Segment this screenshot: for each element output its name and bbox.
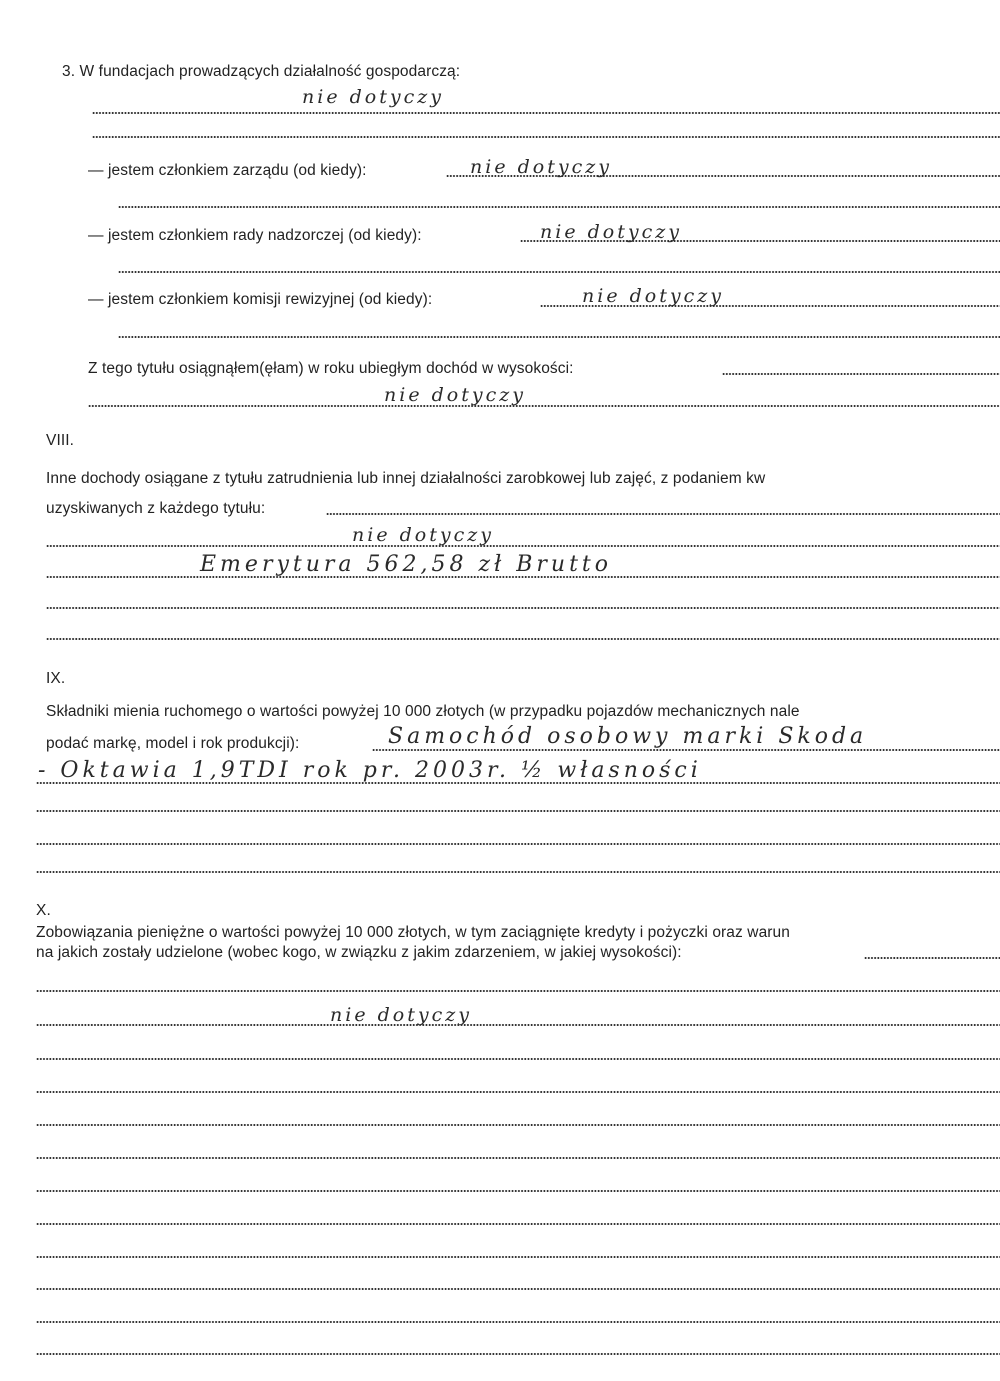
handwritten-answer: Samochód osobowy marki Skoda [388,724,867,749]
handwritten-answer: nie dotyczy [384,384,526,406]
answer-line [118,206,1000,208]
answer-line [36,1124,1000,1126]
answer-line [36,1190,1000,1192]
answer-line [326,513,1000,515]
answer-line [46,607,1000,609]
answer-line [36,1353,1000,1355]
answer-line [36,1321,1000,1323]
section10-number: X. [36,902,51,920]
answer-line [36,1058,1000,1060]
section10-text: na jakich zostały udzielone (wobec kogo,… [36,944,682,962]
handwritten-answer: nie dotyczy [470,156,612,178]
handwritten-answer: Emerytura 562,58 zł Brutto [200,552,612,577]
answer-line [118,336,1000,338]
answer-line [36,1256,1000,1258]
answer-line [46,545,1000,547]
section9-number: IX. [46,670,65,688]
answer-line [92,112,1000,114]
answer-line [118,271,1000,273]
answer-line [372,749,1000,751]
answer-line [722,373,1000,375]
answer-line [36,990,1000,992]
answer-line [36,1223,1000,1225]
section10-text: Zobowiązania pieniężne o wartości powyże… [36,924,790,942]
handwritten-answer: nie dotyczy [352,524,494,546]
answer-line [36,1157,1000,1159]
answer-line [36,843,1000,845]
income-label: Z tego tytułu osiągnąłem(ęłam) w roku ub… [88,360,574,378]
answer-line [46,576,1000,578]
handwritten-answer: nie dotyczy [330,1004,472,1026]
section8-number: VIII. [46,432,74,450]
section3-heading: 3. W fundacjach prowadzących działalność… [62,63,460,81]
answer-line [36,1024,1000,1026]
audit-committee-label: — jestem członkiem komisji rewizyjnej (o… [88,291,432,309]
answer-line [864,957,1000,959]
board-member-label: — jestem członkiem zarządu (od kiedy): [88,162,367,180]
answer-line [36,1288,1000,1290]
answer-line [46,638,1000,640]
section8-text: Inne dochody osiągane z tytułu zatrudnie… [46,470,765,488]
answer-line [88,405,1000,407]
supervisory-board-label: — jestem członkiem rady nadzorczej (od k… [88,227,422,245]
handwritten-answer: - Oktawia 1,9TDI rok pr. 2003r. ½ własno… [38,758,702,783]
section8-text: uzyskiwanych z każdego tytułu: [46,500,265,518]
section9-text: podać markę, model i rok produkcji): [46,735,299,753]
handwritten-answer: nie dotyczy [582,285,724,307]
handwritten-answer: nie dotyczy [540,221,682,243]
section9-text: Składniki mienia ruchomego o wartości po… [46,703,800,721]
answer-line [92,136,1000,138]
answer-line [36,871,1000,873]
handwritten-answer: nie dotyczy [302,86,444,108]
answer-line [36,1091,1000,1093]
answer-line [36,810,1000,812]
